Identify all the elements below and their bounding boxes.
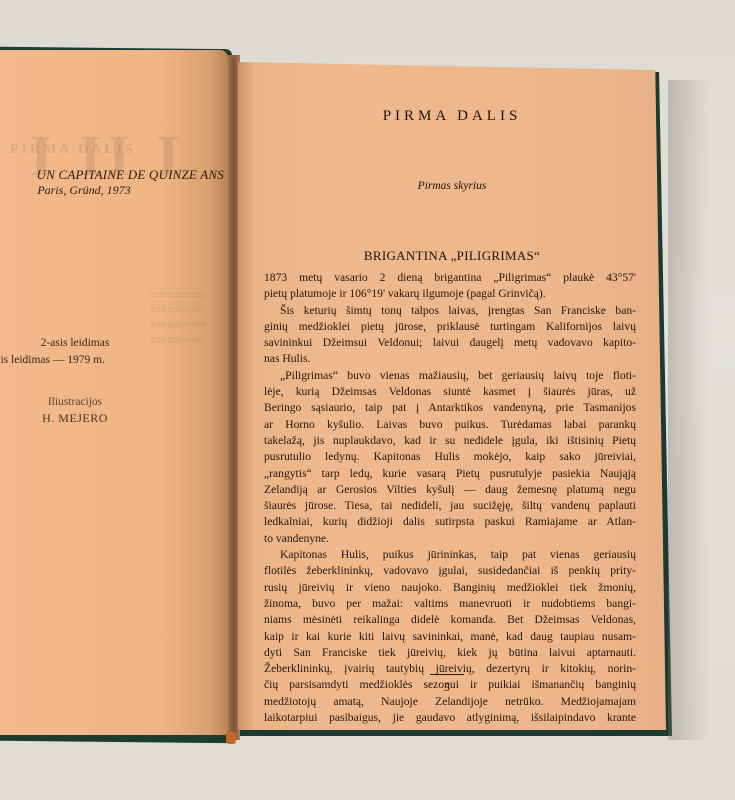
text-line: „rangytis“ tarp ledų, kurie vasarą Pietų… <box>264 466 636 482</box>
text-line: ginių medžioklei pietų jūrose, priklausė… <box>264 319 636 335</box>
text-line: šiaurės jūrose. Tiesa, tai nedideli, jau… <box>264 498 636 514</box>
text-line: Kapitonas Hulis, puikus jūrininkas, taip… <box>264 547 636 563</box>
page-number: 5 <box>430 680 464 695</box>
edition-line-1: 2-asis leidimas <box>0 337 150 349</box>
text-line: to vandenyne. <box>264 531 636 547</box>
text-line: lėje, kurią Džeimsas Veldonas siuntė kas… <box>264 384 636 400</box>
show-through-lines: ≡≡≡≡≡≡≡≡≡≡≡≡≡≡≡≡≡≡≡≡≡≡≡≡≡≡≡≡≡≡≡≡≡≡≡≡≡≡ <box>150 288 228 348</box>
body-text: 1873 metų vasario 2 dieną brigantina „Pi… <box>264 270 636 726</box>
edition-line-2: sis leidimas — 1979 m. <box>0 354 156 366</box>
text-line: Zelandiją ar Gerosios Vilties kyšulį — d… <box>264 482 636 498</box>
text-line: ar Horno kyšulio. Laivas buvo puikus. Tu… <box>264 417 636 433</box>
text-line: ledkalniai, kurių didžioji dalis sutirps… <box>264 514 636 530</box>
show-through-text: PIRMA DALIS <box>10 142 136 158</box>
text-line: „Piligrimas“ buvo vienas mažiausių, bet … <box>264 368 636 384</box>
text-line: žinoma, buvo per mažai: valtims manevruo… <box>264 596 636 612</box>
right-page: PIRMA DALIS Pirmas skyrius BRIGANTINA „P… <box>238 62 666 730</box>
text-line: Šis keturių šimtų tonų talpos laivas, įr… <box>264 303 636 319</box>
text-line: niams mėsinėti reikalinga didelė komanda… <box>264 612 636 628</box>
text-line: rusių jūreivių ir vieno naujoko. Bangini… <box>264 580 636 596</box>
page-number-rule <box>430 674 464 675</box>
text-line: savininkui Džeimsui Veldonui; laivui dau… <box>264 335 636 351</box>
illustrations-label: Iliustracijos <box>0 396 150 408</box>
original-publication: Paris, Gründ, 1973 <box>4 183 164 198</box>
text-line: takelažą, jis nuplaukdavo, kad ir su ned… <box>264 433 636 449</box>
text-line: kaip ir kai kurie kiti laivų savininkai,… <box>264 629 636 645</box>
book-photo: I II I PIRMA DALIS ≡≡≡≡≡≡≡≡≡≡≡≡≡≡≡≡≡≡≡≡≡… <box>0 0 735 800</box>
text-line: pusrutulio ledynų. Kapitonas Hulis mokėj… <box>264 449 636 465</box>
text-line: pietų platumoje ir 106°19' vakarų ilgumo… <box>264 286 636 302</box>
text-line: Beringo sąsiaurio, taip pat į Antarktiko… <box>264 400 636 416</box>
book-shadow <box>668 80 708 740</box>
text-line: laikotarpiui pasibaigus, jie gaudavo atl… <box>264 710 636 726</box>
text-line: medžiotojų amatą, Naujoje Zelandijoje ne… <box>264 694 636 710</box>
bookmark-ribbon <box>226 732 236 744</box>
part-title: PIRMA DALIS <box>238 108 666 125</box>
illustrator-name: H. MEJERO <box>0 411 150 426</box>
text-line: 1873 metų vasario 2 dieną brigantina „Pi… <box>264 270 636 286</box>
left-page: I II I PIRMA DALIS ≡≡≡≡≡≡≡≡≡≡≡≡≡≡≡≡≡≡≡≡≡… <box>0 50 228 735</box>
chapter-label: Pirmas skyrius <box>238 180 666 192</box>
original-title: UN CAPITAINE DE QUINZE ANS <box>4 167 224 183</box>
text-line: dyti San Franciske tiek jūreivių, kiek j… <box>264 645 636 661</box>
text-line: nas Hulis. <box>264 351 636 367</box>
text-line: flotilės žeberklininkų, vadovavo įgulai,… <box>264 563 636 579</box>
chapter-title: BRIGANTINA „PILIGRIMAS“ <box>238 248 666 264</box>
